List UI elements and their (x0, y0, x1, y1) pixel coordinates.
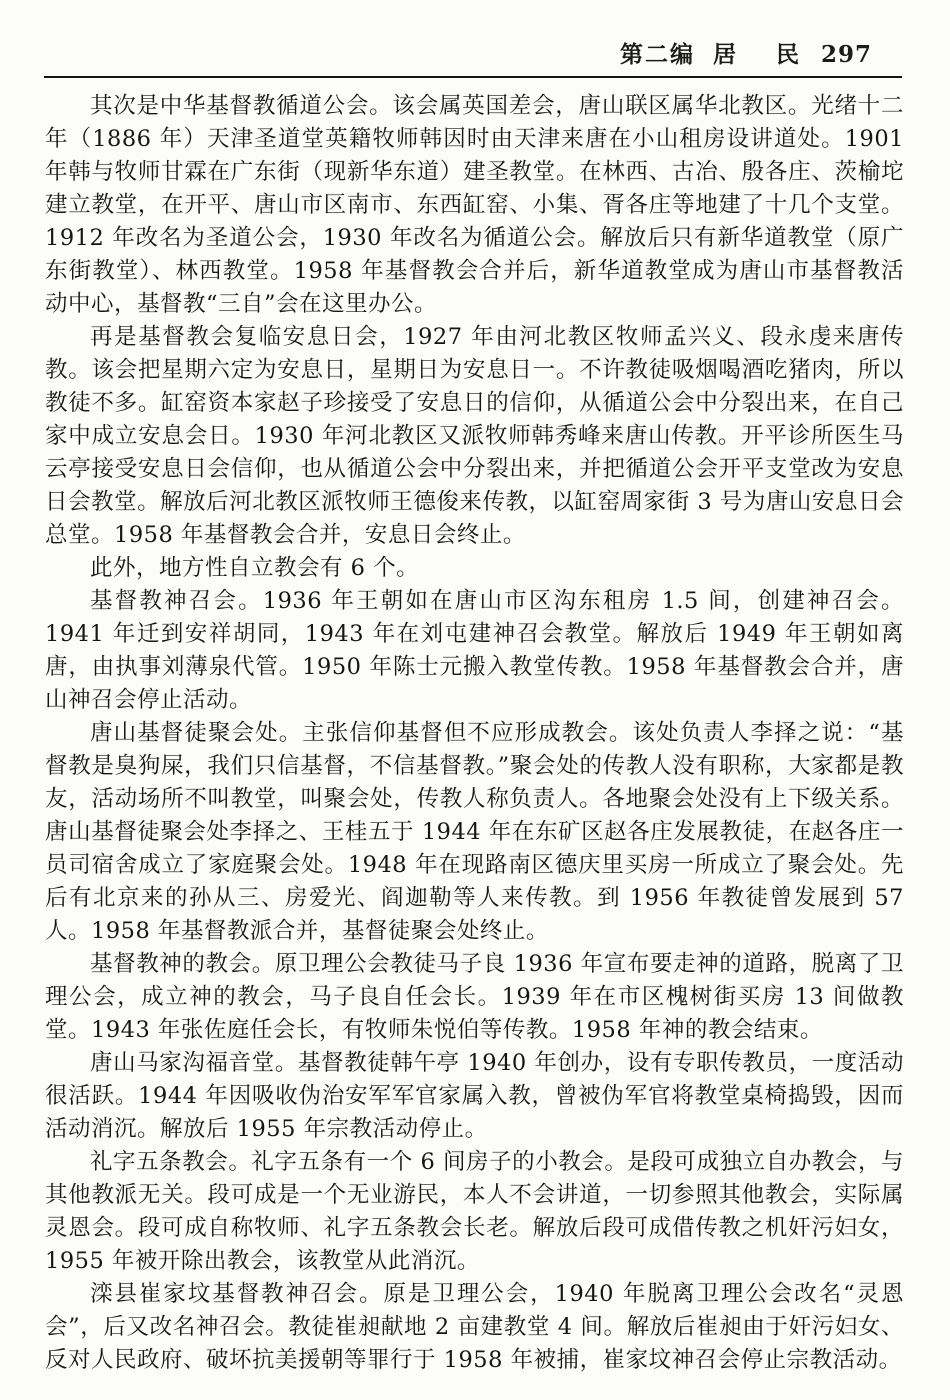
header-divider-rule (44, 76, 902, 78)
paragraph-cuijiafen-shenzhaohui: 滦县崔家坟基督教神召会。原是卫理公会，1940 年脱离卫理公会改名“灵恩会”，后… (45, 1278, 904, 1377)
header-page-number: 297 (821, 41, 872, 68)
paragraph-majiagou-fuyintang: 唐山马家沟福音堂。基督教徒韩午亭 1940 年创办，设有专职传教员，一度活动很活… (45, 1047, 904, 1146)
running-header: 第二编 居 民 297 (0, 36, 872, 69)
paragraph-anxiri-hui: 再是基督教会复临安息日会，1927 年由河北教区牧师孟兴义、段永虔来唐传教。该会… (45, 321, 904, 552)
paragraph-shende-jiaohui: 基督教神的教会。原卫理公会教徒马子良 1936 年宣布要走神的道路，脱离了卫理公… (45, 948, 904, 1047)
document-page: 第二编 居 民 297 其次是中华基督教循道公会。该会属英国差会，唐山联区属华北… (0, 0, 950, 1400)
header-title-char-ju: 居 (713, 36, 736, 69)
paragraph-lizi-wutiao-jiaohui: 礼字五条教会。礼字五条有一个 6 间房子的小教会。是段可成独立自办教会，与其他教… (45, 1146, 904, 1278)
paragraph-shenzhaohui: 基督教神召会。1936 年王朝如在唐山市区沟东租房 1.5 间，创建神召会。19… (45, 585, 904, 717)
paragraph-juhuichu: 唐山基督徒聚会处。主张信仰基督但不应形成教会。该处负责人李择之说：“基督教是臭狗… (45, 717, 904, 948)
header-title-char-min: 民 (776, 36, 799, 69)
paragraph-xundao-gonghui: 其次是中华基督教循道公会。该会属英国差会，唐山联区属华北教区。光绪十二年（188… (45, 90, 904, 321)
header-section-label: 第二编 (620, 36, 695, 69)
paragraph-zili-jiaohui-intro: 此外，地方性自立教会有 6 个。 (45, 552, 904, 585)
body-text-block: 其次是中华基督教循道公会。该会属英国差会，唐山联区属华北教区。光绪十二年（188… (45, 90, 904, 1377)
